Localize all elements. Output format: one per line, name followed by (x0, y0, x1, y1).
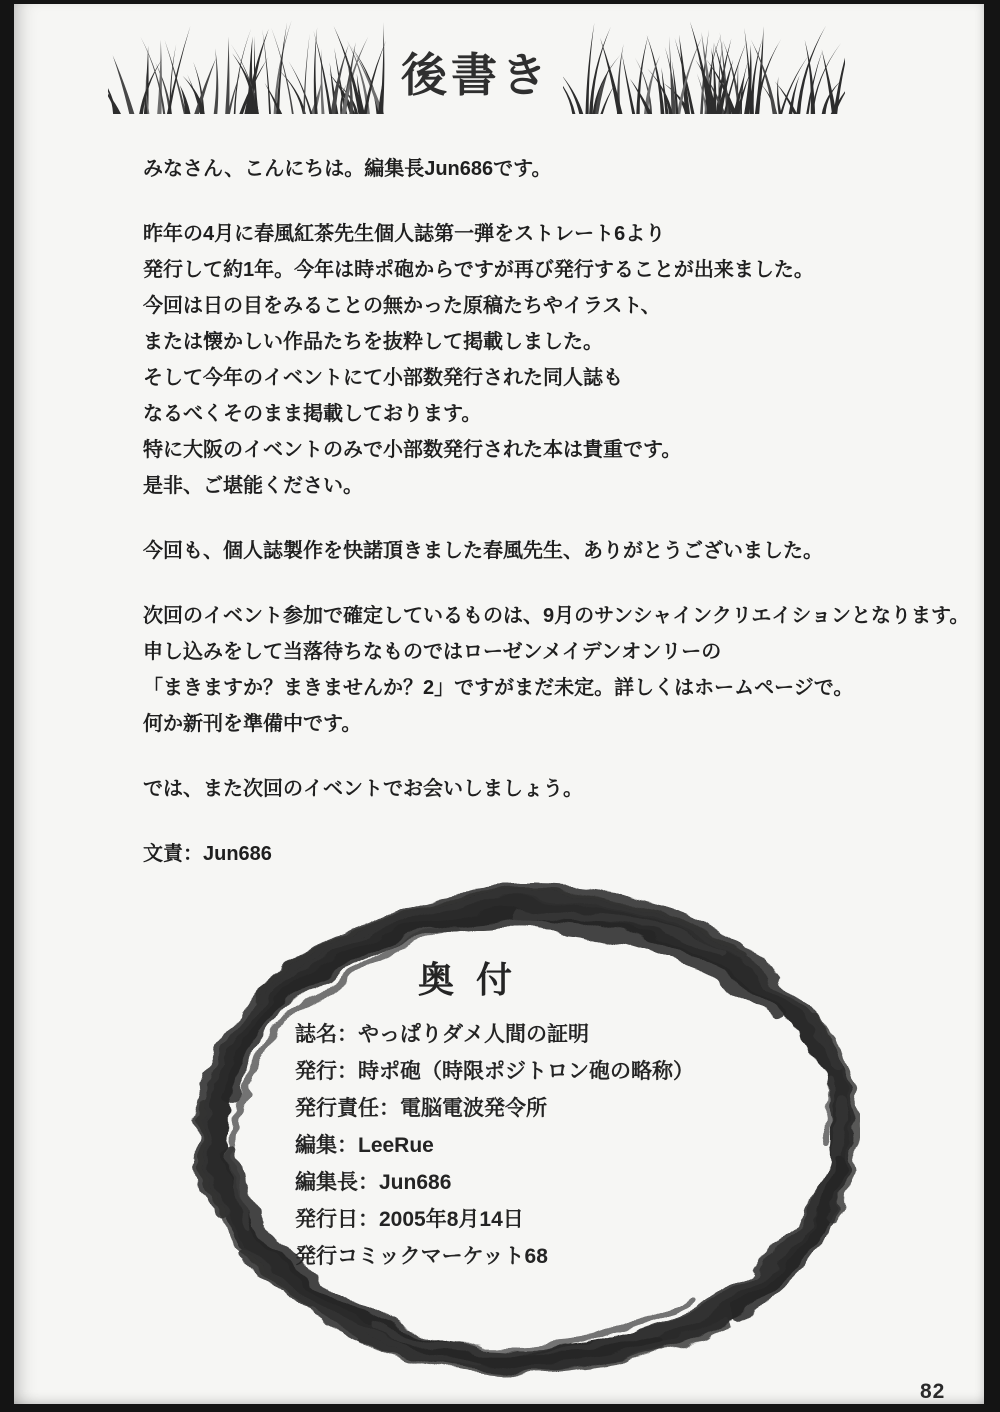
afterword-line: 何か新刊を準備中です。 (143, 706, 983, 742)
afterword-line: 昨年の4月に春風紅茶先生個人誌第一弾をストレート6より (143, 216, 983, 252)
afterword-paragraph: みなさん、こんにちは。編集長Jun686です。 (143, 151, 983, 187)
afterword-line: 「まきますか？まきませんか？2」ですがまだ未定。詳しくはホームページで。 (143, 670, 983, 706)
grass-right-decoration (563, 18, 845, 114)
afterword-line: 次回のイベント参加で確定しているものは、9月のサンシャインクリエイションとなりま… (143, 598, 983, 634)
doujinshi-afterword-page: 後書き みなさん、こんにちは。編集長Jun686です。 昨年の4月に春風紅茶先生… (14, 4, 984, 1404)
colophon-title: 奥 付 (160, 952, 776, 1003)
scanned-page-background: 後書き みなさん、こんにちは。編集長Jun686です。 昨年の4月に春風紅茶先生… (0, 0, 1000, 1412)
afterword-body: みなさん、こんにちは。編集長Jun686です。 昨年の4月に春風紅茶先生個人誌第… (143, 151, 983, 901)
afterword-line: 特に大阪のイベントのみで小部数発行された本は貴重です。 (143, 432, 983, 468)
colophon-line-event: 発行コミックマーケット68 (295, 1238, 855, 1275)
colophon-line-editor: 編集：LeeRue (295, 1127, 855, 1164)
afterword-line: 今回も、個人誌製作を快諾頂きました春風先生、ありがとうございました。 (143, 533, 983, 569)
afterword-paragraph: 今回も、個人誌製作を快諾頂きました春風先生、ありがとうございました。 (143, 533, 983, 569)
colophon-line-chief-editor: 編集長：Jun686 (295, 1164, 855, 1201)
colophon-line-responsible: 発行責任：電脳電波発令所 (295, 1090, 855, 1127)
colophon: 誌名：やっぱりダメ人間の証明 発行：時ポ砲（時限ポジトロン砲の略称） 発行責任：… (295, 1016, 855, 1275)
page-number: 82 (920, 1380, 945, 1404)
afterword-line: 発行して約1年。今年は時ポ砲からですが再び発行することが出来ました。 (143, 252, 983, 288)
afterword-paragraph: 昨年の4月に春風紅茶先生個人誌第一弾をストレート6より 発行して約1年。今年は時… (143, 216, 983, 504)
afterword-line: なるべくそのまま掲載しております。 (143, 396, 983, 432)
colophon-line-title: 誌名：やっぱりダメ人間の証明 (295, 1016, 855, 1053)
colophon-line-publisher: 発行：時ポ砲（時限ポジトロン砲の略称） (295, 1053, 855, 1090)
afterword-line: では、また次回のイベントでお会いしましょう。 (143, 771, 983, 807)
afterword-line: 今回は日の目をみることの無かった原稿たちやイラスト、 (143, 288, 983, 324)
colophon-line-date: 発行日：2005年8月14日 (295, 1201, 855, 1238)
afterword-paragraph: 次回のイベント参加で確定しているものは、9月のサンシャインクリエイションとなりま… (143, 598, 983, 742)
afterword-line: 申し込みをして当落待ちなものではローゼンメイデンオンリーの (143, 634, 983, 670)
afterword-line: 是非、ご堪能ください。 (143, 468, 983, 504)
afterword-line: みなさん、こんにちは。編集長Jun686です。 (143, 151, 983, 187)
afterword-line: または懐かしい作品たちを抜粋して掲載しました。 (143, 324, 983, 360)
afterword-line: そして今年のイベントにて小部数発行された同人誌も (143, 360, 983, 396)
afterword-paragraph: では、また次回のイベントでお会いしましょう。 (143, 771, 983, 807)
